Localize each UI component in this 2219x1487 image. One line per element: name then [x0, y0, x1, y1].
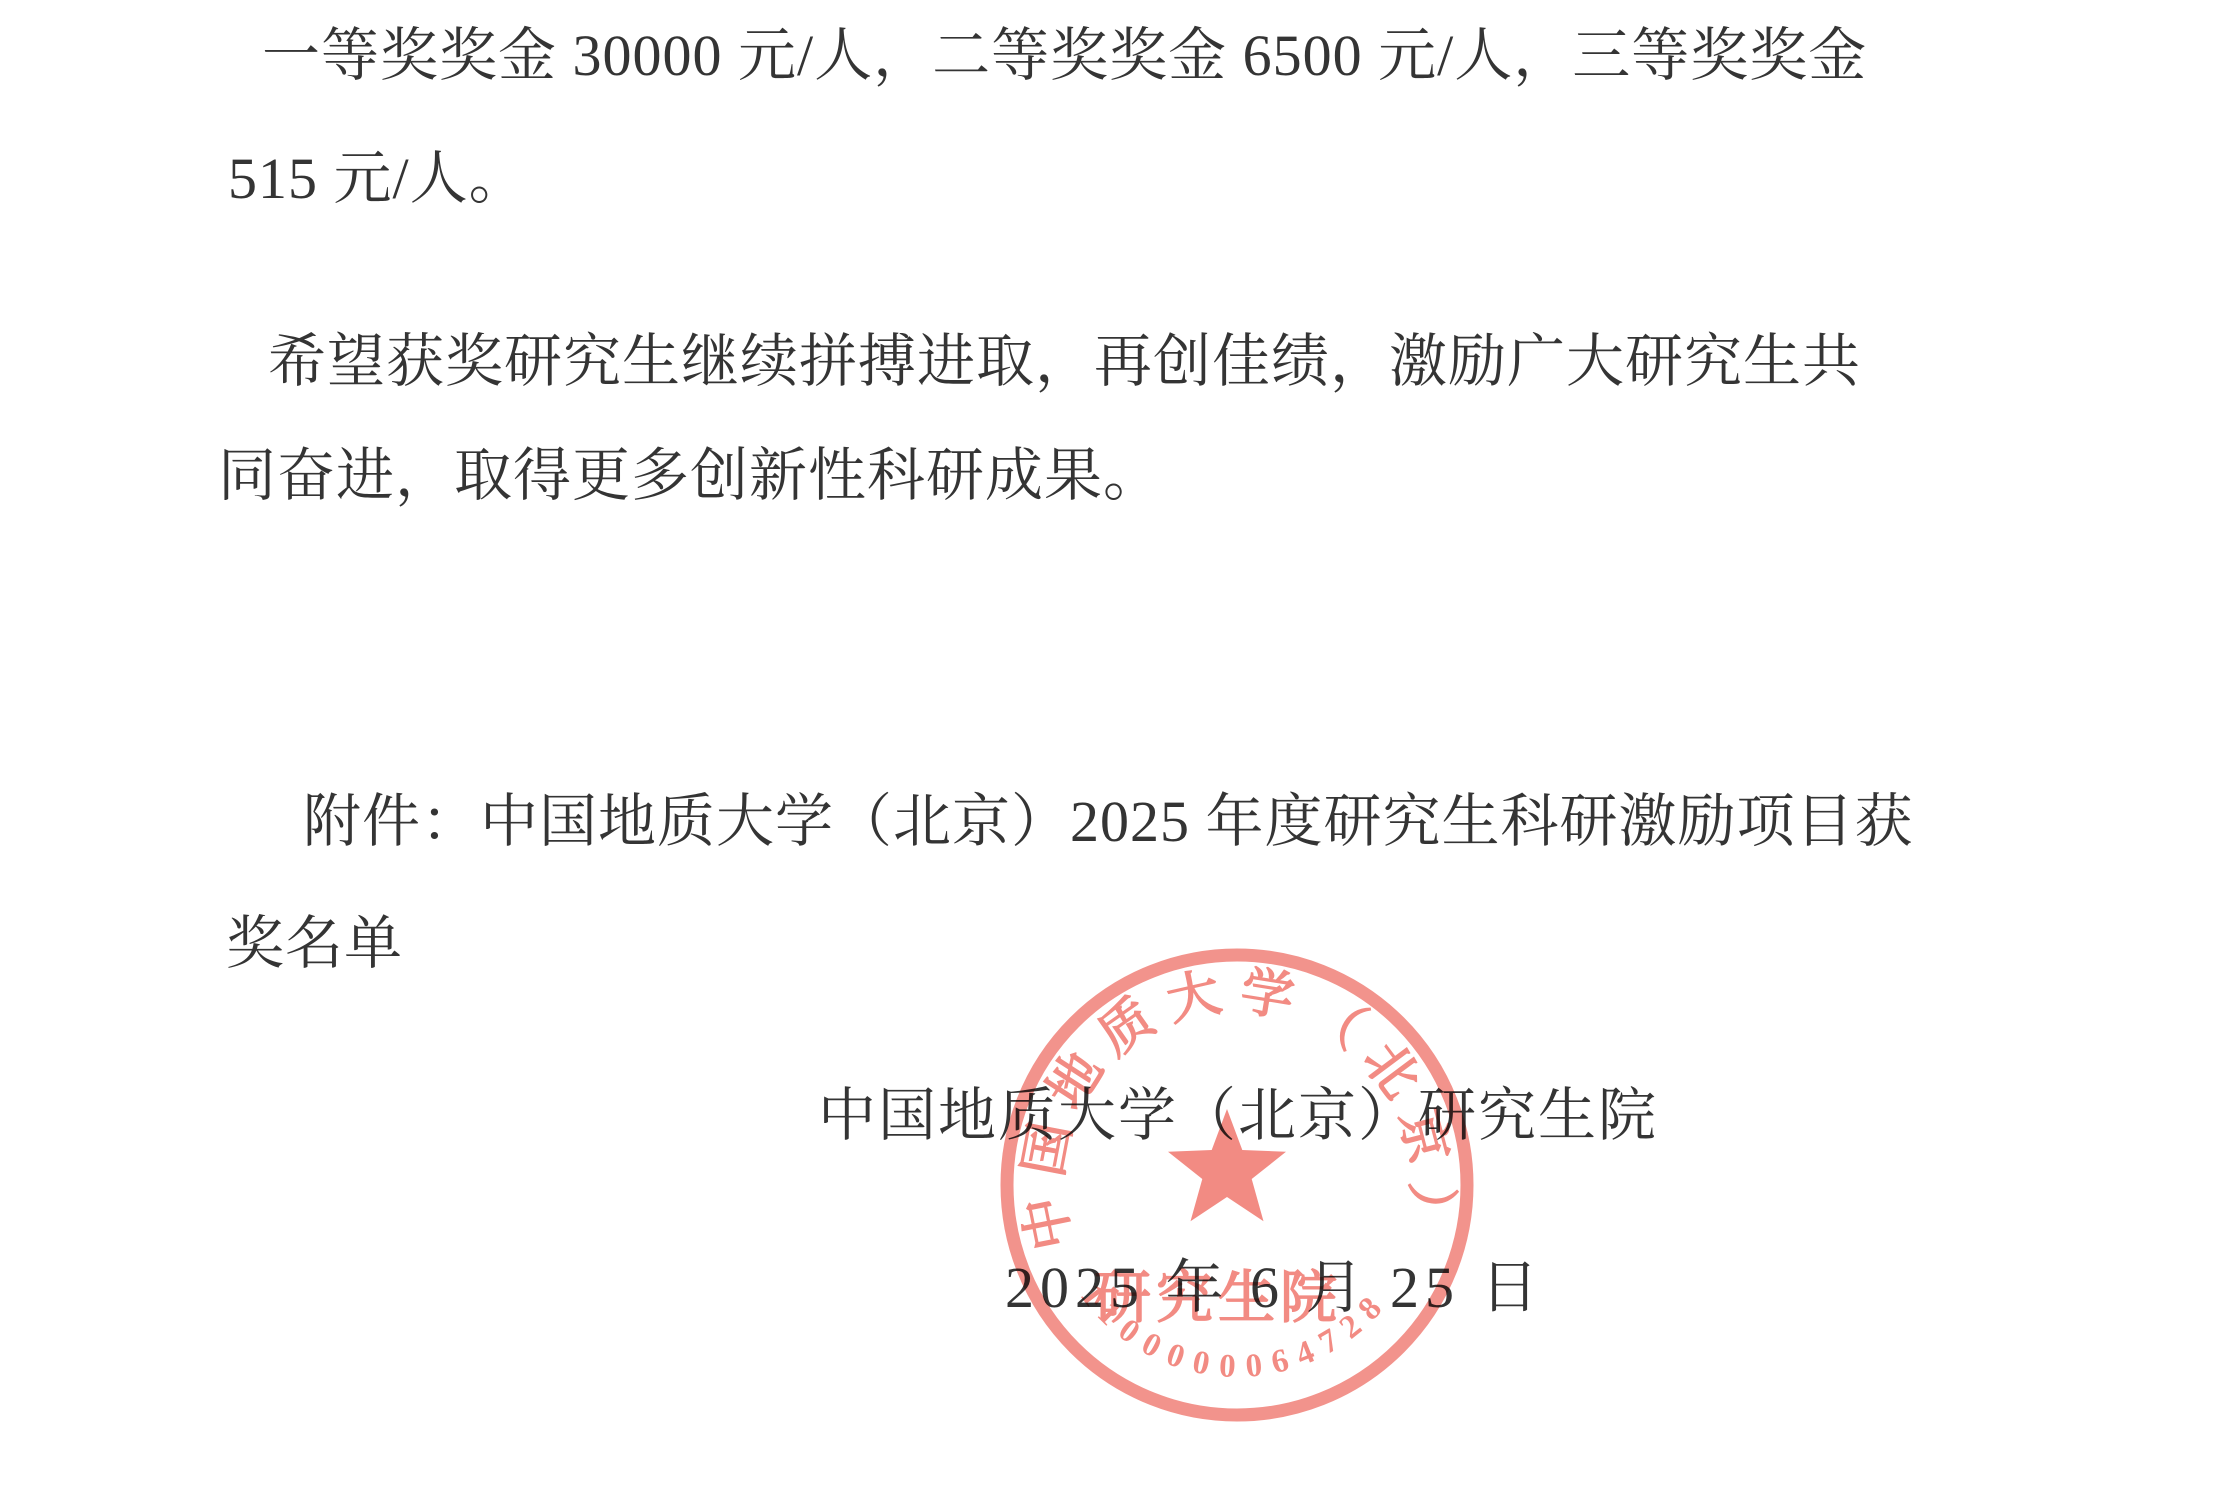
attachment-line1: 附件：中国地质大学（北京）2025 年度研究生科研激励项目获: [303, 786, 1914, 859]
seal-ring: [1007, 955, 1467, 1415]
paragraph2-line1: 希望获奖研究生继续拼搏进取，再创佳绩，激励广大研究生共: [268, 326, 1861, 399]
paragraph1-line1: 一等奖奖金 30000 元/人，二等奖奖金 6500 元/人，三等奖奖金: [262, 20, 1867, 93]
paragraph1-line2: 515 元/人。: [228, 143, 528, 216]
document-page: 一等奖奖金 30000 元/人，二等奖奖金 6500 元/人，三等奖奖金 515…: [0, 0, 2219, 1487]
signature-date: 2025 年 6 月 25 日: [1005, 1252, 1545, 1325]
paragraph2-line2: 同奋进，取得更多创新性科研成果。: [218, 440, 1162, 513]
signature-org-name: 中国地质大学（北京）研究生院: [818, 1080, 1658, 1153]
attachment-line2: 奖名单: [226, 908, 403, 981]
official-seal-stamp: 中国地质大学（北京） 研究生院 1100000064728: [987, 935, 1487, 1435]
